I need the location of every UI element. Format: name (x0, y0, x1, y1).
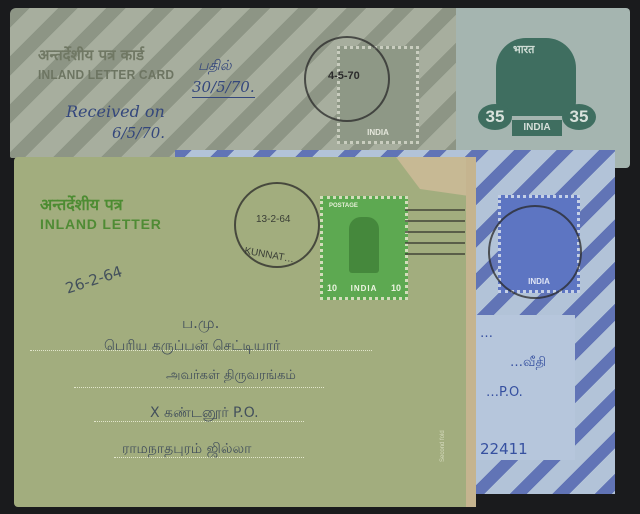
stamp-country: INDIA (345, 284, 383, 293)
aerogramme-address-line-3: …P.O. (486, 385, 523, 400)
imprint-value-right: 35 (562, 104, 596, 130)
letter-title-english: INLAND LETTER (40, 216, 162, 232)
torn-flap (396, 157, 476, 197)
imprinted-stamp-35: भारत 35 35 INDIA (478, 38, 598, 142)
card-edge (466, 157, 476, 507)
postmark-date: 4-5-70 (328, 70, 360, 82)
aerogramme-pin-code: 22411 (480, 440, 528, 458)
address-line-3: அவர்கள் திருவரங்கம் (166, 368, 296, 384)
fold-label: Second fold (440, 430, 446, 462)
address-line-4: X கண்டனூர் P.O. (150, 405, 259, 423)
address-line-5: ராமநாதபுரம் ஜில்லா (122, 441, 251, 459)
imprint-country: INDIA (512, 120, 562, 136)
card-title-hindi: अन्तर्देशीय पत्र कार्ड (38, 45, 144, 65)
letter-title-hindi: अन्तर्देशीय पत्र (40, 193, 123, 215)
stamp-value-right: 10 (391, 283, 401, 293)
handwriting-tamil-reply: பதில் (198, 58, 232, 76)
handwriting-received-date: 6/5/70. (112, 124, 165, 142)
wavy-cancellation (405, 200, 465, 256)
aerogramme-address-line-2: …வீதி (510, 355, 546, 371)
emblem-crest-icon (496, 38, 576, 116)
stamp-country: INDIA (340, 128, 416, 137)
imprint-value-left: 35 (478, 104, 512, 130)
handwriting-received: Received on (66, 102, 165, 121)
address-line-2: பெரிய கருப்பன் செட்டியார் (104, 338, 280, 356)
stamp-postage-label: POSTAGE (329, 203, 358, 209)
stamp-value-left: 10 (327, 283, 337, 293)
address-line-1: ப.மு. (182, 314, 219, 334)
aerogramme-address-line-1: … (480, 326, 493, 341)
lion-capital-icon (349, 217, 379, 273)
card-title-english: INLAND LETTER CARD (38, 67, 174, 82)
postmark-circle (488, 205, 582, 299)
postmark-date: 13-2-64 (256, 214, 290, 225)
imprint-script: भारत (513, 42, 534, 57)
handwriting-reply-date: 30/5/70. (192, 78, 255, 98)
stamp-10-np: POSTAGE 10 INDIA 10 (320, 196, 408, 300)
